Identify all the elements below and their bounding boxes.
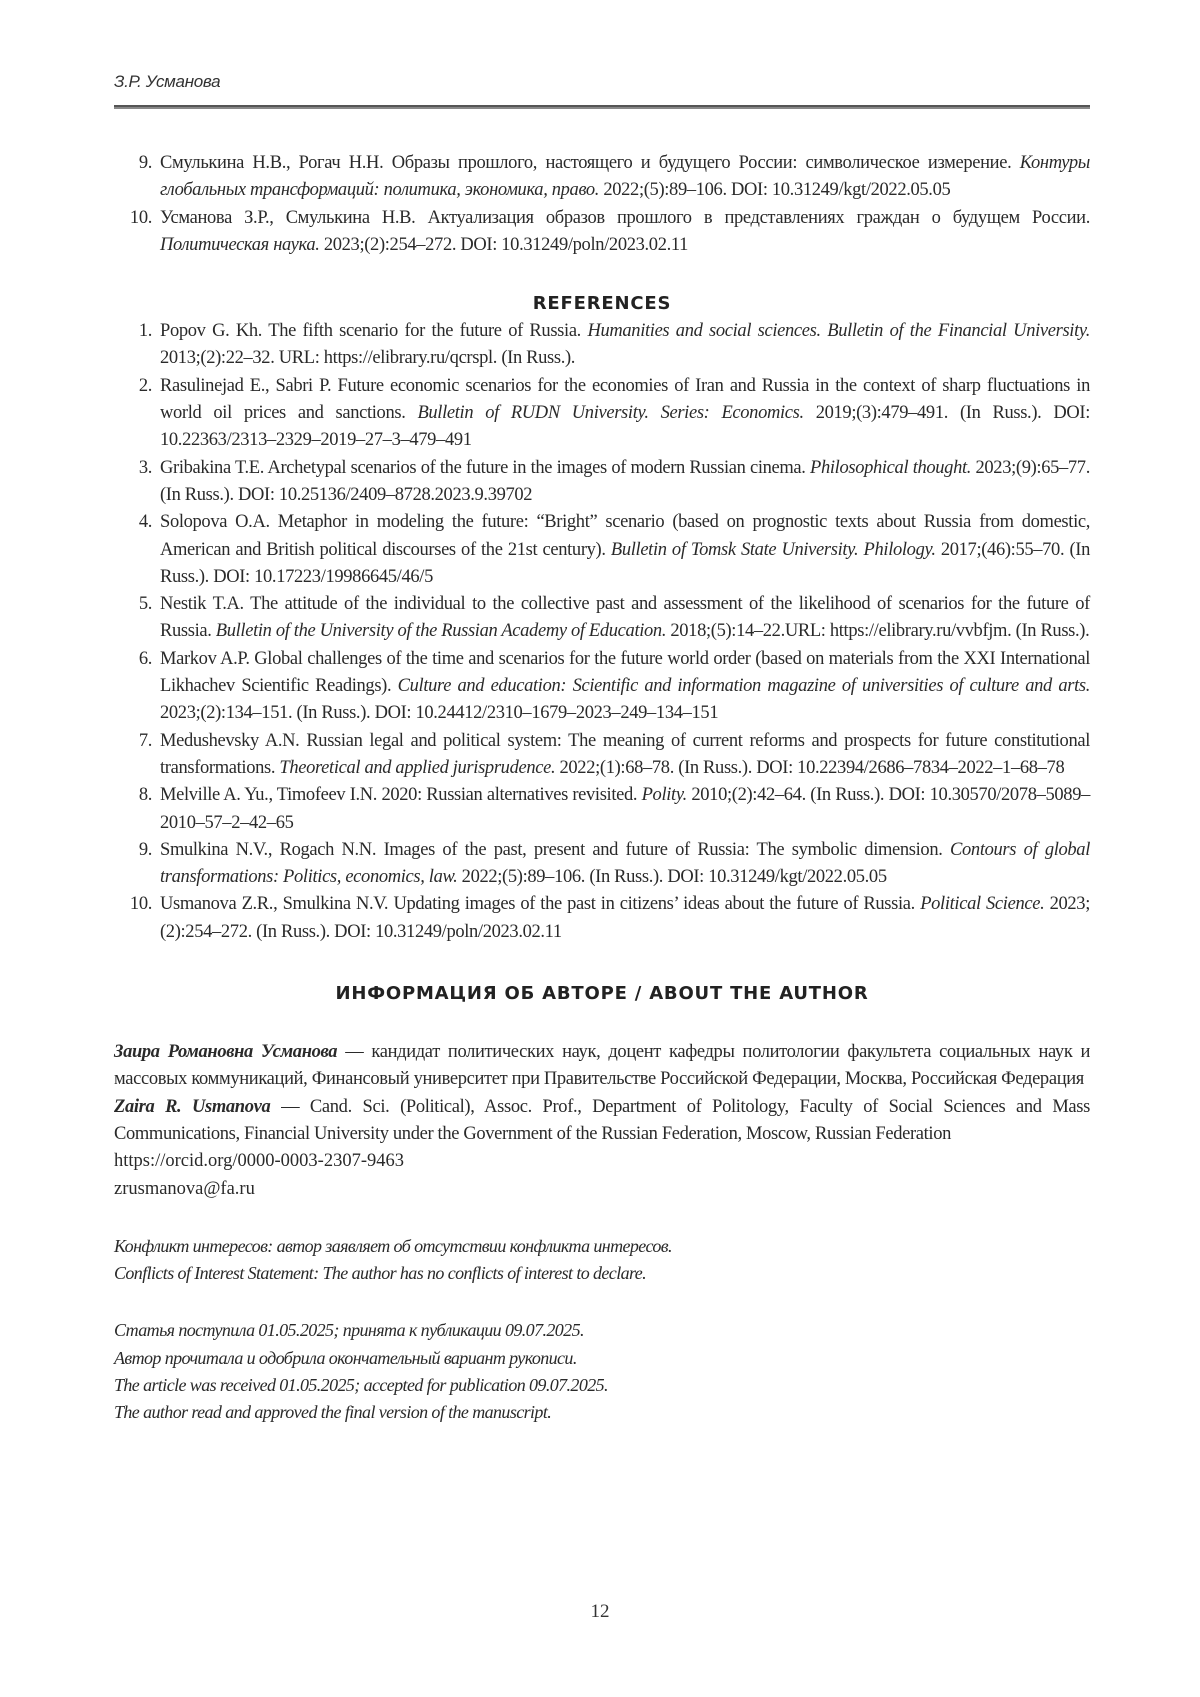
received-date-en: The article was received 01.05.2025; acc… (114, 1372, 1090, 1399)
header-rule (114, 105, 1090, 109)
english-reference-list: 1.Popov G. Kh. The fifth scenario for th… (114, 318, 1090, 946)
journal-title: Theoretical and applied jurisprudence. (279, 758, 555, 778)
journal-title: Political Science. (920, 894, 1044, 914)
journal-title: Политическая наука. (160, 235, 320, 255)
author-name-en: Zaira R. Usmanova (114, 1097, 270, 1117)
author-bio-ru: Заира Романовна Усманова — кандидат поли… (114, 1039, 1090, 1094)
journal-title: Bulletin of Tomsk State University. Phil… (611, 540, 936, 560)
author-name-ru: Заира Романовна Усманова (114, 1042, 337, 1062)
references-heading: REFERENCES (114, 293, 1090, 314)
reference-item: 9.Смулькина Н.В., Рогач Н.Н. Образы прош… (114, 150, 1090, 205)
conflict-statement-en: Conflicts of Interest Statement: The aut… (114, 1260, 1090, 1287)
journal-title: Bulletin of the University of the Russia… (216, 621, 666, 641)
reference-item: 1.Popov G. Kh. The fifth scenario for th… (114, 318, 1090, 373)
running-head: З.Р. Усманова (114, 72, 220, 92)
orcid-link[interactable]: https://orcid.org/0000-0003-2307-9463 (114, 1148, 1090, 1175)
approval-note-ru: Автор прочитала и одобрила окончательный… (114, 1345, 1090, 1372)
reference-item: 10.Усманова З.Р., Смулькина Н.В. Актуали… (114, 205, 1090, 260)
russian-reference-list: 9.Смулькина Н.В., Рогач Н.Н. Образы прош… (114, 150, 1090, 259)
reference-item: 7.Medushevsky A.N. Russian legal and pol… (114, 728, 1090, 783)
journal-title: Humanities and social sciences. Bulletin… (587, 321, 1090, 341)
page-content: 9.Смулькина Н.В., Рогач Н.Н. Образы прош… (114, 150, 1090, 1427)
journal-title: Bulletin of RUDN University. Series: Eco… (417, 403, 803, 423)
reference-item: 4.Solopova O.A. Metaphor in modeling the… (114, 509, 1090, 591)
approval-note-en: The author read and approved the final v… (114, 1399, 1090, 1426)
conflict-statement-ru: Конфликт интересов: автор заявляет об от… (114, 1233, 1090, 1260)
reference-item: 10.Usmanova Z.R., Smulkina N.V. Updating… (114, 891, 1090, 946)
reference-item: 3.Gribakina T.E. Archetypal scenarios of… (114, 455, 1090, 510)
reference-item: 8.Melville A. Yu., Timofeev I.N. 2020: R… (114, 782, 1090, 837)
received-date-ru: Статья поступила 01.05.2025; принята к п… (114, 1317, 1090, 1344)
journal-title: Culture and education: Scientific and in… (398, 676, 1090, 696)
reference-item: 5.Nestik T.A. The attitude of the indivi… (114, 591, 1090, 646)
page-number: 12 (0, 1601, 1200, 1623)
reference-item: 2.Rasulinejad E., Sabri P. Future econom… (114, 373, 1090, 455)
author-info-heading: ИНФОРМАЦИЯ ОБ АВТОРЕ / ABOUT THE AUTHOR (114, 983, 1090, 1004)
reference-item: 6.Markov A.P. Global challenges of the t… (114, 646, 1090, 728)
author-bio-en: Zaira R. Usmanova — Cand. Sci. (Politica… (114, 1094, 1090, 1149)
author-email[interactable]: zrusmanova@fa.ru (114, 1176, 1090, 1203)
journal-title: Polity. (642, 785, 687, 805)
journal-title: Philosophical thought. (810, 458, 971, 478)
reference-item: 9.Smulkina N.V., Rogach N.N. Images of t… (114, 837, 1090, 892)
